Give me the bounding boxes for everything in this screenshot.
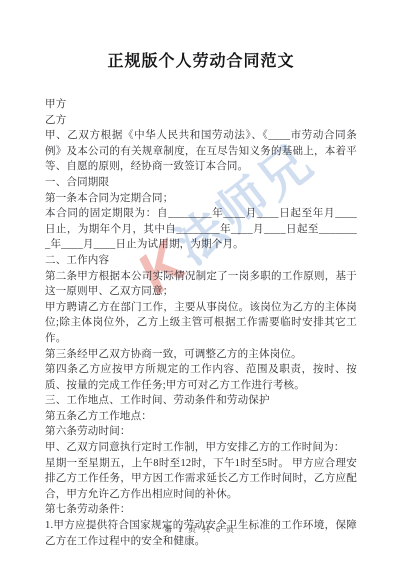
contract-paragraph: 第四条乙方应按甲方所规定的工作内容、范围及职责，按时、按质、按量的完成工作任务;…: [45, 362, 357, 393]
section-heading-3: 三、工作地点、工作时间、劳动条件和劳动保护: [45, 393, 357, 409]
contract-paragraph: 星期一至星期五，上午8时至12时，下午1时至5时。 甲方应合理安排乙方工作任务，…: [45, 456, 357, 503]
contract-paragraph: 第七条劳动条件：: [45, 502, 357, 518]
page-footer: 第 1 页 共 6 页: [0, 524, 400, 535]
document-page: K 法师兄 正规版个人劳动合同范文 甲方 乙方 甲、乙双方根据《中华人民共和国劳…: [0, 0, 400, 565]
document-title: 正规版个人劳动合同范文: [45, 48, 357, 71]
contract-paragraph: 第三条经甲乙双方协商一致，可调整乙方的主体岗位。: [45, 347, 357, 363]
party-a-line: 甲方: [45, 97, 357, 113]
contract-paragraph: 第二条甲方根据本公司实际情况制定了一岗多职的工作原则，基于这一原则甲、乙双方同意…: [45, 269, 357, 300]
contract-paragraph: 第五条乙方工作地点：: [45, 409, 357, 425]
section-heading-1: 一、合同期限: [45, 175, 357, 191]
contract-body: 甲方 乙方 甲、乙双方根据《中华人民共和国劳动法》、《____市劳动合同条例》及…: [45, 97, 357, 549]
contract-paragraph: 甲、乙双方根据《中华人民共和国劳动法》、《____市劳动合同条例》及本公司的有关…: [45, 128, 357, 175]
section-heading-2: 二、工作内容: [45, 253, 357, 269]
party-b-line: 乙方: [45, 113, 357, 129]
document-content: 正规版个人劳动合同范文 甲方 乙方 甲、乙双方根据《中华人民共和国劳动法》、《_…: [0, 0, 400, 549]
contract-paragraph: 第六条劳动时间：: [45, 424, 357, 440]
contract-paragraph: 本合同的固定期限为：自________年____月____日起至年月____日止…: [45, 206, 357, 253]
contract-paragraph: 第一条本合同为定期合同；: [45, 191, 357, 207]
contract-paragraph: 甲、乙双方同意执行定时工作制，甲方安排乙方的工作时间为：: [45, 440, 357, 456]
contract-paragraph: 甲方聘请乙方在部门工作，主要从事岗位。该岗位为乙方的主体岗位;除主体岗位外，乙方…: [45, 300, 357, 347]
